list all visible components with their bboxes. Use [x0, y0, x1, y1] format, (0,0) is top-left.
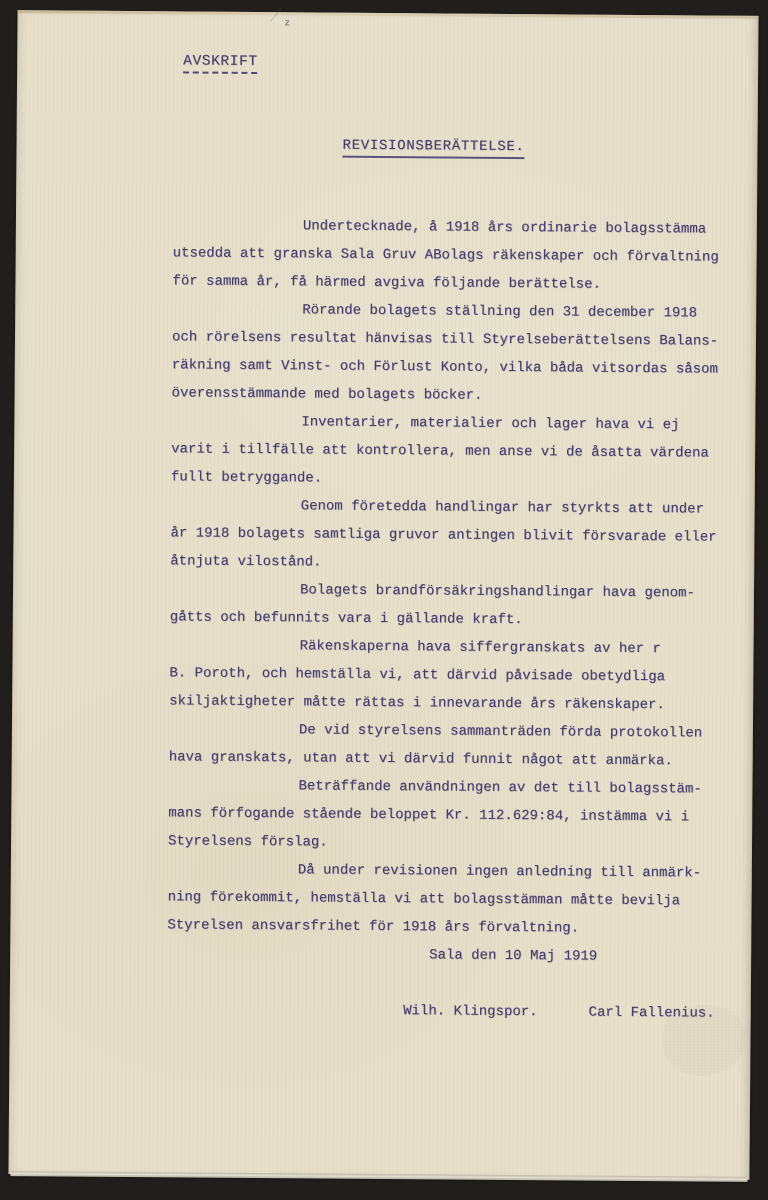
- document-label: AVSKRIFT: [183, 53, 258, 74]
- text-line: Styrelsen ansvarsfrihet för 1918 års för…: [167, 911, 757, 944]
- signature-line: Wilh. Klingspor.Carl Fallenius.: [167, 967, 757, 1000]
- text-line: Styrelsens förslag.: [168, 827, 758, 860]
- text-line: för samma år, få härmed avgiva följande …: [172, 267, 762, 300]
- text-line: skiljaktigheter måtte rättas i innevaran…: [169, 687, 759, 720]
- text-line: åtnjuta vilostånd.: [170, 547, 760, 580]
- paper-sheet: z AVSKRIFT REVISIONSBERÄTTELSE. Undertec…: [8, 10, 758, 1180]
- paragraphs-container: Undertecknade, å 1918 års ordinarie bola…: [167, 211, 763, 944]
- text-line: fullt betryggande.: [171, 463, 761, 496]
- text-line: gåtts och befunnits vara i gällande kraf…: [170, 603, 760, 636]
- ink-smudge: z: [284, 19, 289, 28]
- text-line: överensstämmande med bolagets böcker.: [171, 379, 761, 412]
- signature-1: Wilh. Klingspor.: [403, 1003, 538, 1020]
- text-line: hava granskats, utan att vi därvid funni…: [169, 743, 759, 776]
- scan-background: { "colors": { "background": "#211e1b", "…: [0, 0, 768, 1200]
- document-body: Undertecknade, å 1918 års ordinarie bola…: [167, 211, 763, 1000]
- ink-smudge-glyph: z: [284, 18, 289, 28]
- document-title: REVISIONSBERÄTTELSE.: [342, 138, 524, 159]
- paper-texture-patch: [662, 1005, 745, 1076]
